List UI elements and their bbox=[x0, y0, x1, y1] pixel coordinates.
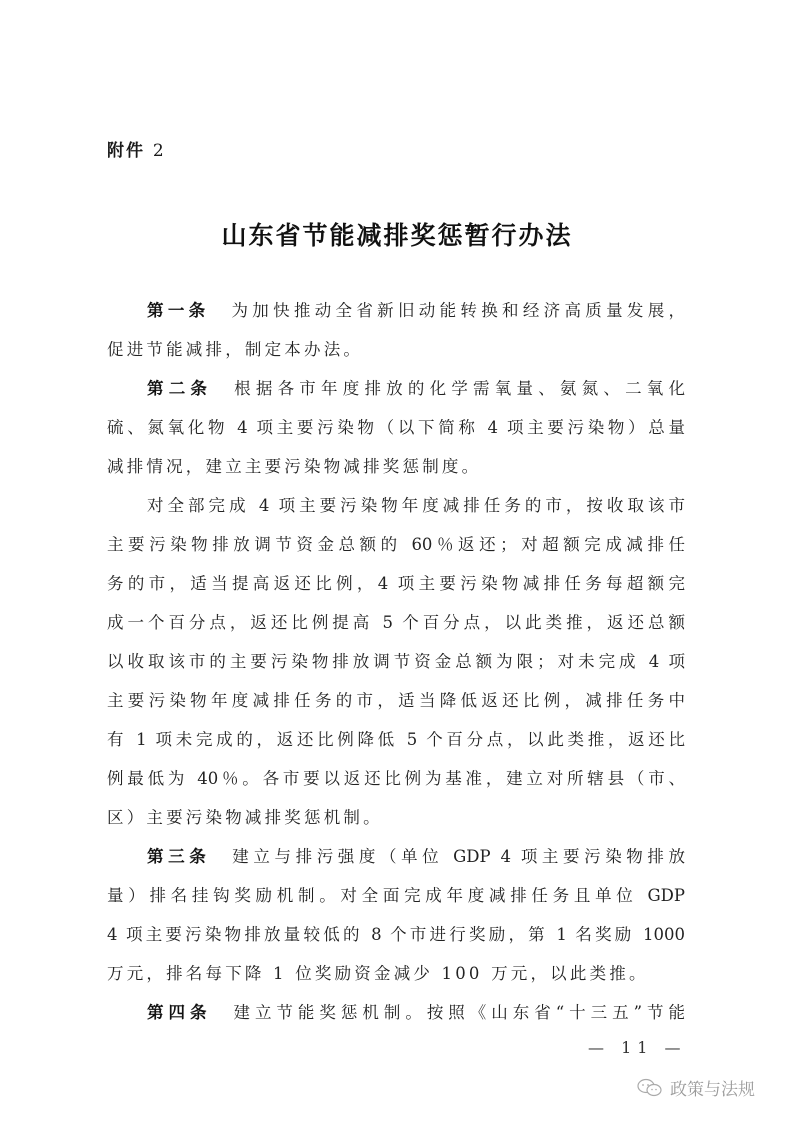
line-text: 4 项主要污染物排放量较低的 8 个市进行奖励，第 1 名奖励 1000 bbox=[107, 925, 685, 944]
line-text: 量）排名挂钩奖励机制。对全面完成年度减排任务且单位 GDP bbox=[107, 886, 685, 905]
line-text: 万元，排名每下降 1 位奖励资金减少 100 万元，以此类推。 bbox=[107, 964, 649, 983]
line-text: 以收取该市的主要污染物排放调节资金总额为限；对未完成 4 项 bbox=[107, 652, 685, 671]
article-heading: 第三条 bbox=[147, 847, 210, 866]
line-text: 主要污染物排放调节资金总额的 60％返还；对超额完成减排任 bbox=[107, 535, 685, 554]
document-page: 附件 2 山东省节能减排奖惩暂行办法 第一条为加快推动全省新旧动能转换和经济高质… bbox=[0, 0, 794, 1123]
paragraph-line: 以收取该市的主要污染物排放调节资金总额为限；对未完成 4 项 bbox=[107, 651, 685, 673]
paragraph-line: 第四条建立节能奖惩机制。按照《山东省“十三五”节能 bbox=[107, 1002, 685, 1024]
line-text: 有 1 项未完成的，返还比例降低 5 个百分点，以此类推，返还比 bbox=[107, 730, 685, 749]
paragraph-line: 成一个百分点，返还比例提高 5 个百分点，以此类推，返还总额 bbox=[107, 612, 685, 634]
paragraph-line: 第三条建立与排污强度（单位 GDP 4 项主要污染物排放 bbox=[107, 846, 685, 868]
article-heading: 第四条 bbox=[147, 1003, 211, 1022]
article-heading: 第一条 bbox=[147, 301, 209, 320]
line-text: 建立与排污强度（单位 GDP 4 项主要污染物排放 bbox=[232, 847, 685, 866]
paragraph-line: 减排情况，建立主要污染物减排奖惩制度。 bbox=[107, 456, 685, 478]
line-text: 建立节能奖惩机制。按照《山东省“十三五”节能 bbox=[233, 1003, 685, 1022]
paragraph-line: 量）排名挂钩奖励机制。对全面完成年度减排任务且单位 GDP bbox=[107, 885, 685, 907]
paragraph-line: 硫、氮氧化物 4 项主要污染物（以下简称 4 项主要污染物）总量 bbox=[107, 417, 685, 439]
line-text: 主要污染物年度减排任务的市，适当降低返还比例，减排任务中 bbox=[107, 691, 685, 710]
line-text: 例最低为 40％。各市要以返还比例为基准，建立对所辖县（市、 bbox=[107, 769, 685, 788]
paragraph-line: 主要污染物年度减排任务的市，适当降低返还比例，减排任务中 bbox=[107, 690, 685, 712]
paragraph-line: 对全部完成 4 项主要污染物年度减排任务的市，按收取该市 bbox=[107, 495, 685, 517]
watermark: 政策与法规 bbox=[636, 1075, 755, 1100]
attachment-label: 附件 2 bbox=[107, 136, 166, 161]
line-text: 务的市，适当提高返还比例，4 项主要污染物减排任务每超额完 bbox=[107, 574, 685, 593]
paragraph-line: 4 项主要污染物排放量较低的 8 个市进行奖励，第 1 名奖励 1000 bbox=[107, 924, 685, 946]
paragraph-line: 务的市，适当提高返还比例，4 项主要污染物减排任务每超额完 bbox=[107, 573, 685, 595]
attachment-label-text: 附件 bbox=[107, 141, 145, 161]
line-text: 为加快推动全省新旧动能转换和经济高质量发展， bbox=[231, 301, 685, 320]
article-heading: 第二条 bbox=[147, 379, 212, 398]
paragraph-line: 万元，排名每下降 1 位奖励资金减少 100 万元，以此类推。 bbox=[107, 963, 685, 985]
page-number: — 11 — bbox=[588, 1038, 687, 1057]
line-text: 减排情况，建立主要污染物减排奖惩制度。 bbox=[107, 457, 481, 476]
line-text: 促进节能减排，制定本办法。 bbox=[107, 340, 363, 359]
paragraph-line: 有 1 项未完成的，返还比例降低 5 个百分点，以此类推，返还比 bbox=[107, 729, 685, 751]
paragraph-line: 例最低为 40％。各市要以返还比例为基准，建立对所辖县（市、 bbox=[107, 768, 685, 790]
paragraph-line: 第一条为加快推动全省新旧动能转换和经济高质量发展， bbox=[107, 300, 685, 322]
line-text: 成一个百分点，返还比例提高 5 个百分点，以此类推，返还总额 bbox=[107, 613, 685, 632]
attachment-number: 2 bbox=[153, 141, 166, 161]
line-text: 根据各市年度排放的化学需氧量、氨氮、二氧化 bbox=[234, 379, 685, 398]
paragraph-line: 第二条根据各市年度排放的化学需氧量、氨氮、二氧化 bbox=[107, 378, 685, 400]
line-text: 硫、氮氧化物 4 项主要污染物（以下简称 4 项主要污染物）总量 bbox=[107, 418, 685, 437]
document-title: 山东省节能减排奖惩暂行办法 bbox=[0, 216, 794, 252]
wechat-icon bbox=[636, 1077, 664, 1099]
line-text: 区）主要污染物减排奖惩机制。 bbox=[107, 808, 383, 827]
paragraph-line: 区）主要污染物减排奖惩机制。 bbox=[107, 807, 685, 829]
paragraph-line: 主要污染物排放调节资金总额的 60％返还；对超额完成减排任 bbox=[107, 534, 685, 556]
watermark-text: 政策与法规 bbox=[670, 1075, 755, 1100]
line-text: 对全部完成 4 项主要污染物年度减排任务的市，按收取该市 bbox=[147, 496, 685, 515]
paragraph-line: 促进节能减排，制定本办法。 bbox=[107, 339, 685, 361]
